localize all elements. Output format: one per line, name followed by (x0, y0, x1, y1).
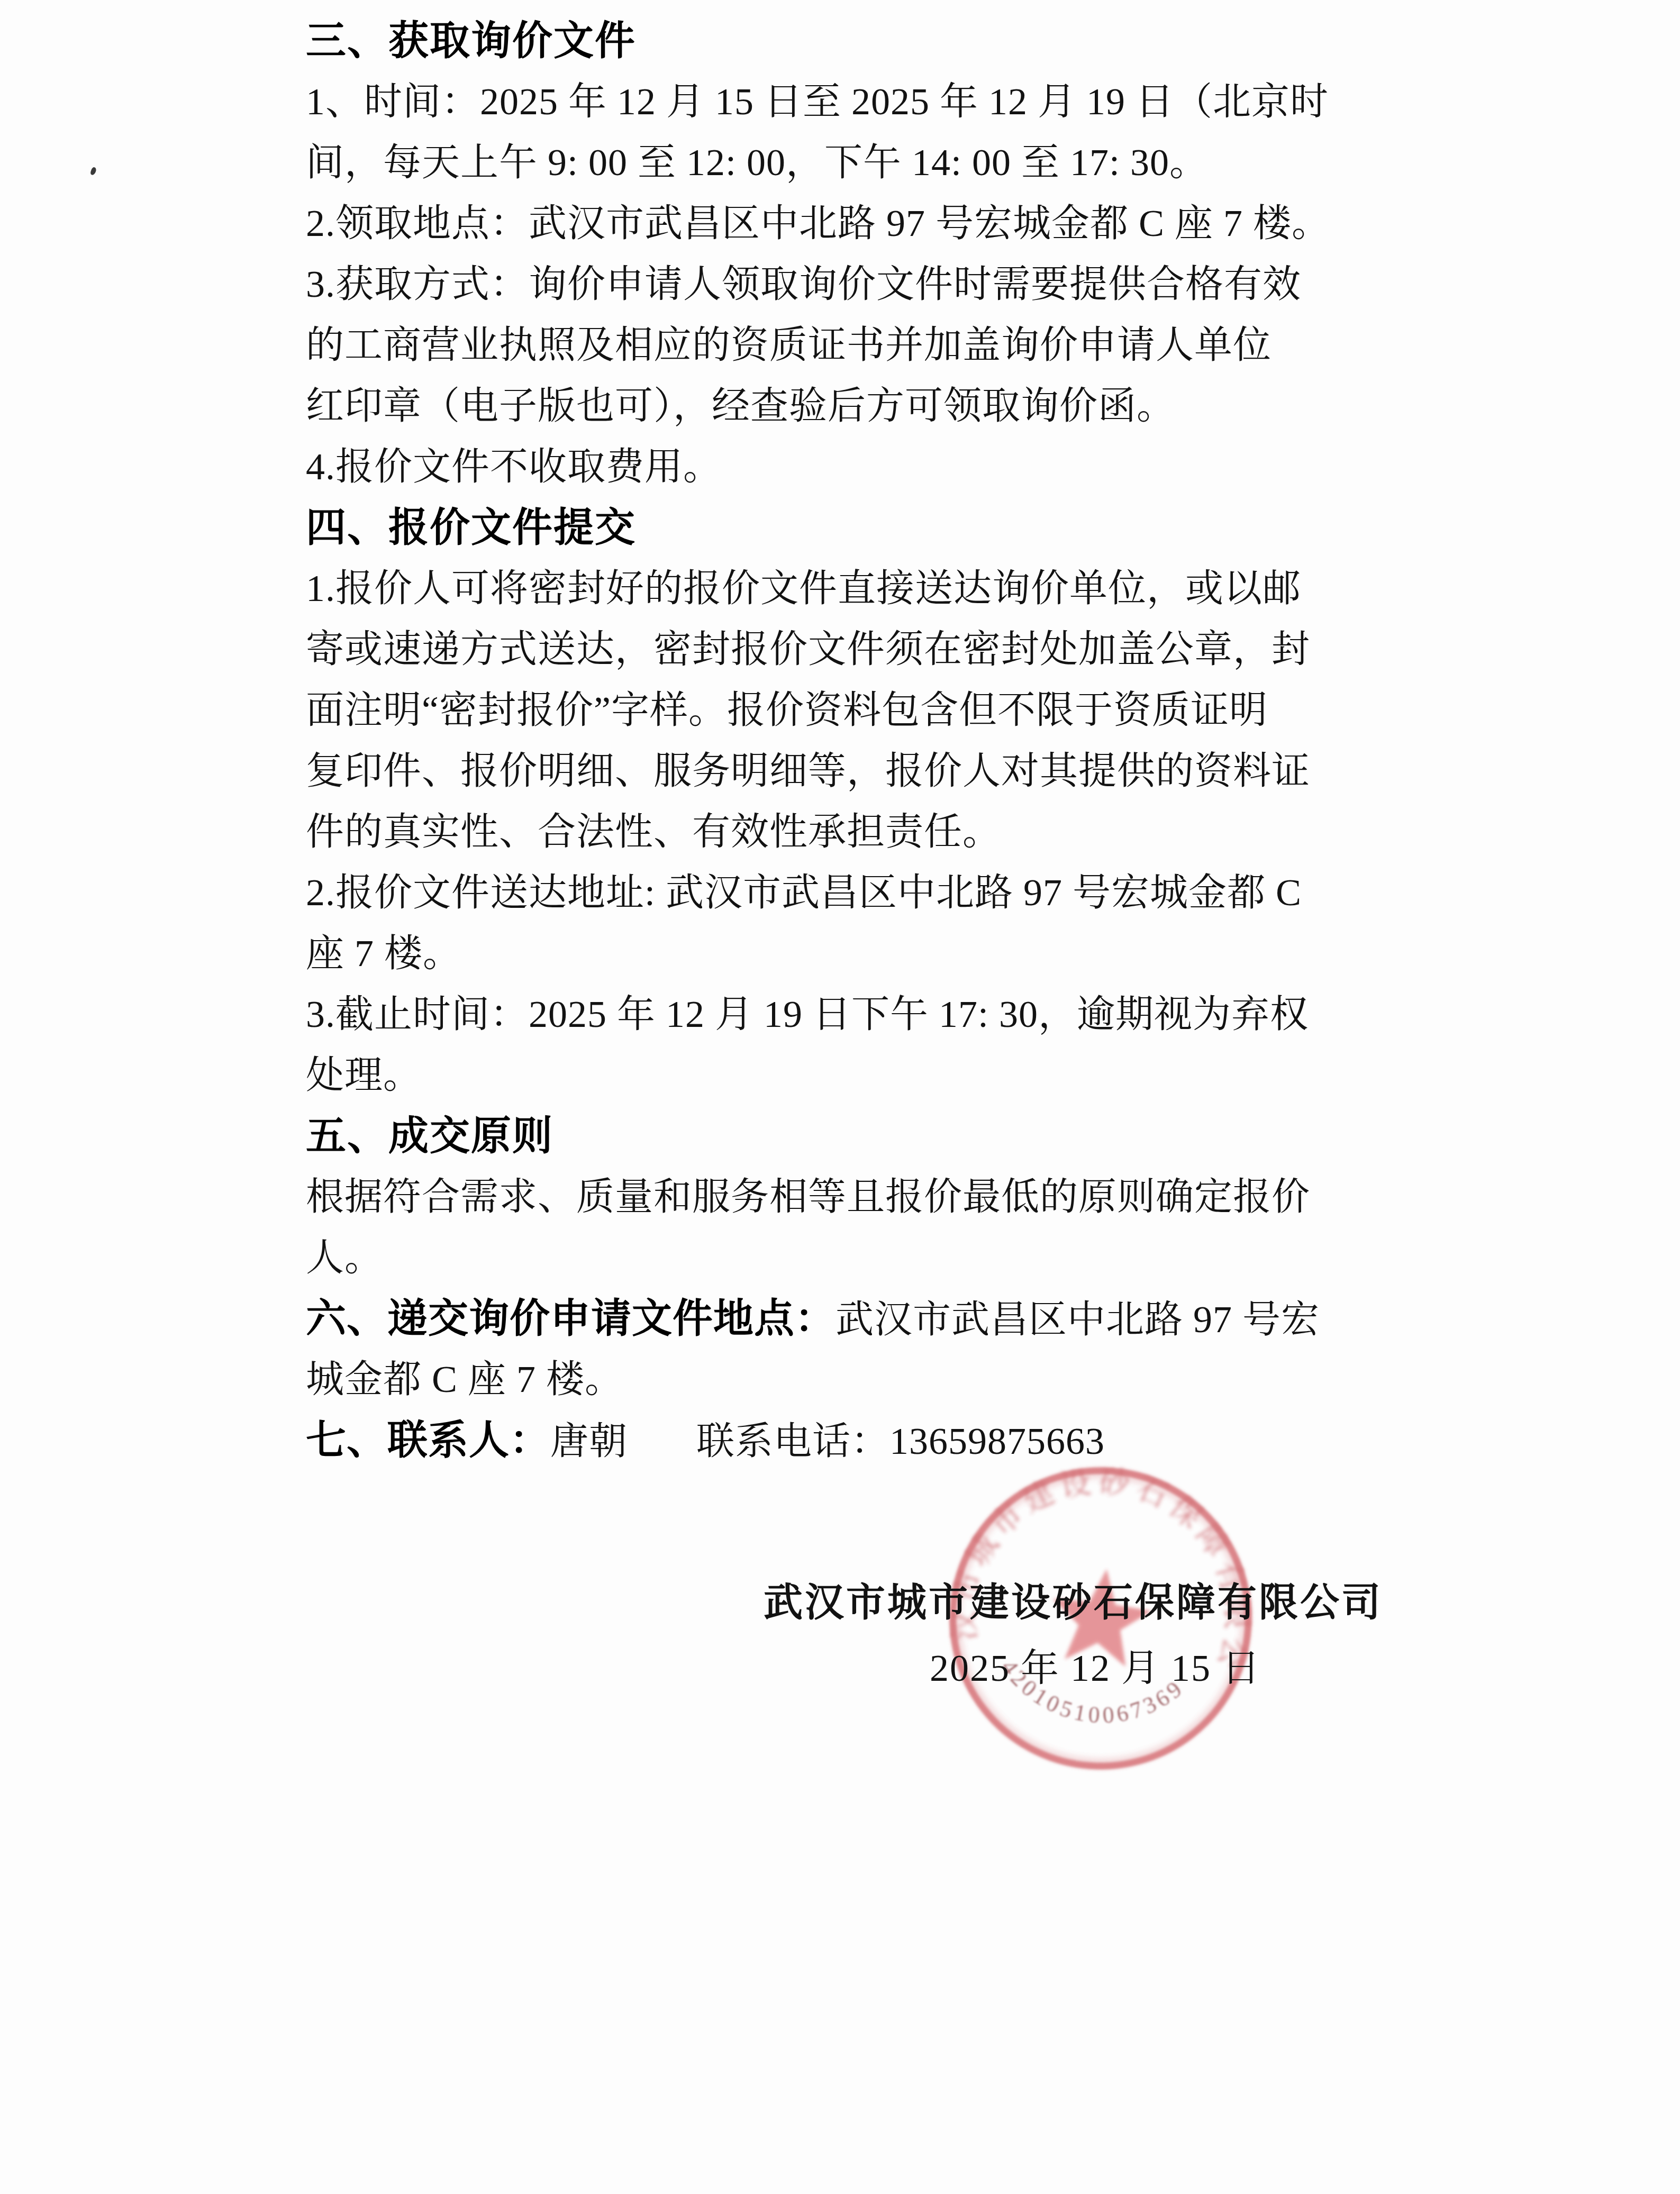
contact-label: 七、联系人： (306, 1418, 550, 1463)
heading-section-5: 五、成交原则 (306, 1106, 1396, 1167)
doc-line: 城金都 C 座 7 楼。 (306, 1349, 1396, 1410)
doc-line: 1、时间：2025 年 12 月 15 日至 2025 年 12 月 19 日（… (306, 71, 1396, 132)
doc-line: 间，每天上午 9: 00 至 12: 00，下午 14: 00 至 17: 30… (306, 132, 1396, 193)
issue-date: 2025 年 12 月 15 日 (930, 1637, 1261, 1692)
contact-person: 唐朝 (550, 1420, 628, 1462)
doc-line: 寄或速递方式送达，密封报价文件须在密封处加盖公章，封 (306, 619, 1396, 680)
section-6-address: 武汉市武昌区中北路 97 号宏 (836, 1298, 1320, 1341)
doc-line: 1.报价人可将密封好的报价文件直接送达询价单位，或以邮 (306, 558, 1396, 619)
doc-line: 2.领取地点：武汉市武昌区中北路 97 号宏城金都 C 座 7 楼。 (306, 193, 1396, 254)
doc-line: 根据符合需求、质量和服务相等且报价最低的原则确定报价 (306, 1167, 1396, 1227)
doc-line: 3.截止时间：2025 年 12 月 19 日下午 17: 30，逾期视为弃权 (306, 984, 1396, 1045)
doc-line: 件的真实性、合法性、有效性承担责任。 (306, 802, 1396, 862)
doc-line: 人。 (306, 1227, 1396, 1288)
issuer-company-name: 武汉市城市建设砂石保障有限公司 (764, 1571, 1383, 1627)
doc-line: 面注明“密封报价”字样。报价资料包含但不限于资质证明 (306, 680, 1396, 741)
contact-phone: 联系电话：13659875663 (696, 1420, 1105, 1462)
heading-section-6-label: 六、递交询价申请文件地点： (306, 1296, 836, 1341)
heading-section-4: 四、报价文件提交 (306, 497, 1396, 558)
heading-section-6-line: 六、递交询价申请文件地点：武汉市武昌区中北路 97 号宏 (306, 1288, 1396, 1349)
doc-line: 处理。 (306, 1045, 1396, 1106)
doc-line: 复印件、报价明细、服务明细等，报价人对其提供的资料证 (306, 741, 1396, 802)
doc-line: 红印章（电子版也可），经查验后方可领取询价函。 (306, 376, 1396, 436)
doc-line: 3.获取方式：询价申请人领取询价文件时需要提供合格有效 (306, 254, 1396, 315)
doc-line: 2.报价文件送达地址: 武汉市武昌区中北路 97 号宏城金都 C (306, 862, 1396, 923)
scan-artifact-speck (90, 167, 97, 176)
doc-line: 的工商营业执照及相应的资质证书并加盖询价申请人单位 (306, 315, 1396, 376)
heading-section-3: 三、获取询价文件 (306, 11, 1396, 71)
doc-line: 座 7 楼。 (306, 923, 1396, 984)
doc-line: 4.报价文件不收取费用。 (306, 436, 1396, 497)
inquiry-notice-document: 三、获取询价文件 1、时间：2025 年 12 月 15 日至 2025 年 1… (306, 11, 1396, 1471)
